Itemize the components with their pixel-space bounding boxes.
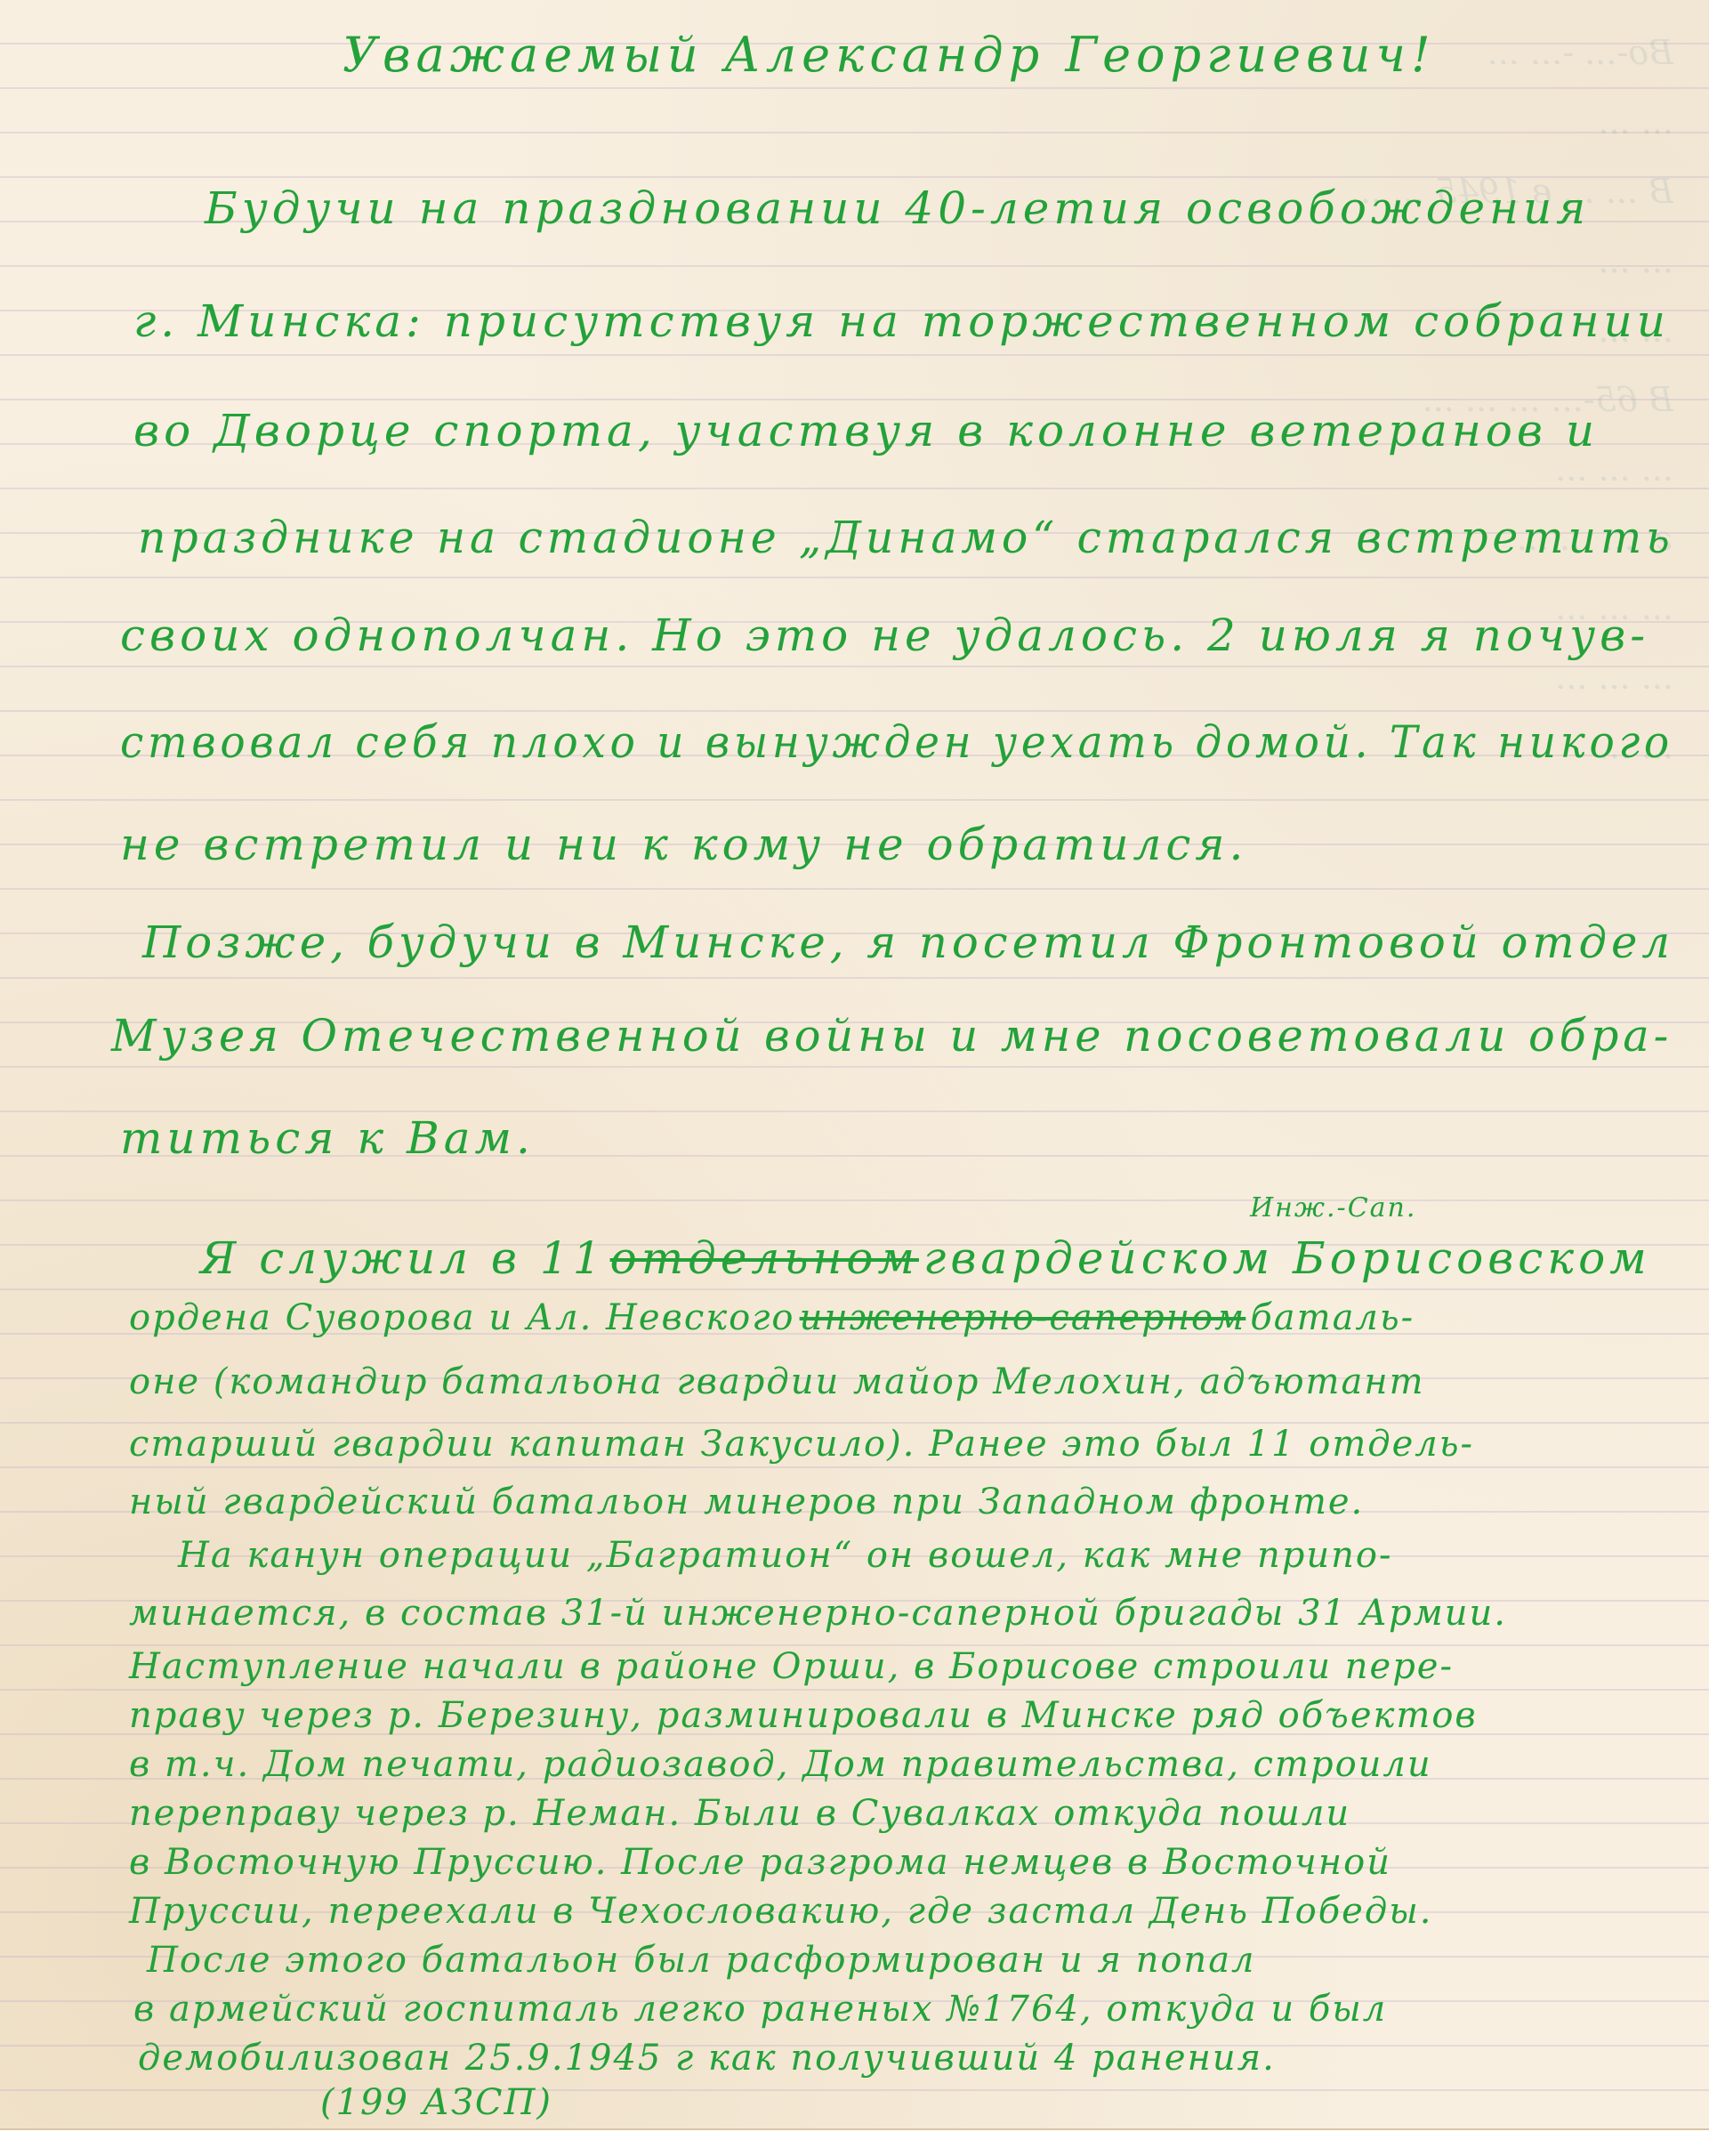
paragraph-3-line: На канун операции „Багратион“ он вошел, … bbox=[178, 1535, 1393, 1576]
letter-sheet: Во-... -... ... ... ... В ... ... в 1945… bbox=[0, 0, 1709, 2130]
paragraph-3-line: демобилизован 25.9.1945 г как получивший… bbox=[138, 2038, 1276, 2079]
paragraph-3-line: в армейский госпиталь легко раненых №176… bbox=[133, 1989, 1387, 2030]
paragraph-1-line: ствовал себя плохо и вынужден уехать дом… bbox=[120, 716, 1673, 768]
paragraph-2-line: Музея Отечественной войны и мне посовето… bbox=[111, 1010, 1673, 1062]
insertion-above: Инж.-Сап. bbox=[1250, 1192, 1416, 1223]
salutation: Уважаемый Александр Георгиевич! bbox=[343, 27, 1436, 83]
paragraph-1-line: не встретил и ни к кому не обратился. bbox=[120, 819, 1247, 870]
bleed-line: ... ... bbox=[1175, 226, 1673, 295]
paragraph-3-line: в Восточную Пруссию. После разгрома немц… bbox=[129, 1842, 1391, 1883]
paragraph-2-line: Позже, будучи в Минске, я посетил Фронто… bbox=[142, 917, 1674, 968]
paragraph-3-line: оне (командир батальона гвардии майор Ме… bbox=[129, 1361, 1425, 1402]
paragraph-1-line: г. Минска: присутствуя на торжественном … bbox=[133, 295, 1670, 347]
paragraph-1-line: празднике на стадионе „Динамо“ старался … bbox=[138, 512, 1674, 563]
paragraph-1-line: своих однополчан. Но это не удалось. 2 и… bbox=[120, 610, 1649, 661]
paragraph-3-line: старший гвардии капитан Закусило). Ранее… bbox=[129, 1424, 1474, 1465]
paragraph-3-line: ный гвардейский батальон минеров при Зап… bbox=[129, 1482, 1364, 1522]
line-text: Я служил в 11 bbox=[200, 1232, 606, 1284]
struck-text: инженерно-саперном bbox=[800, 1297, 1246, 1338]
struck-text: отдельном bbox=[610, 1232, 919, 1284]
bleed-line: ... ... bbox=[1175, 87, 1673, 157]
paragraph-3-line: переправу через р. Неман. Были в Сувалка… bbox=[129, 1793, 1350, 1834]
paragraph-3-line-1: Я служил в 11 отдельном гвардейском Бори… bbox=[200, 1232, 1651, 1284]
paragraph-3-line: После этого батальон был расформирован и… bbox=[147, 1940, 1256, 1981]
paragraph-3-line: Пруссии, переехали в Чехословакию, где з… bbox=[129, 1891, 1433, 1932]
paragraph-1-line: во Дворце спорта, участвуя в колонне вет… bbox=[133, 405, 1599, 456]
line-text: ордена Суворова и Ал. Невского bbox=[129, 1297, 795, 1338]
paragraph-3-line: минается, в состав 31-й инженерно-саперн… bbox=[129, 1593, 1507, 1634]
paragraph-1-line: Будучи на праздновании 40-летия освобожд… bbox=[205, 182, 1590, 234]
paragraph-3-line-2: ордена Суворова и Ал. Невского инженерно… bbox=[129, 1297, 1415, 1338]
paragraph-2-line: титься к Вам. bbox=[120, 1112, 535, 1164]
signature-note: (199 АЗСП) bbox=[320, 2082, 552, 2123]
paragraph-3-line: Наступление начали в районе Орши, в Бори… bbox=[129, 1646, 1454, 1687]
paragraph-3-line: праву через р. Березину, разминировали в… bbox=[129, 1695, 1478, 1736]
paragraph-3-line: в т.ч. Дом печати, радиозавод, Дом прави… bbox=[129, 1744, 1432, 1785]
line-text: гвардейском Борисовском bbox=[923, 1232, 1651, 1284]
line-text: баталь- bbox=[1250, 1297, 1415, 1338]
